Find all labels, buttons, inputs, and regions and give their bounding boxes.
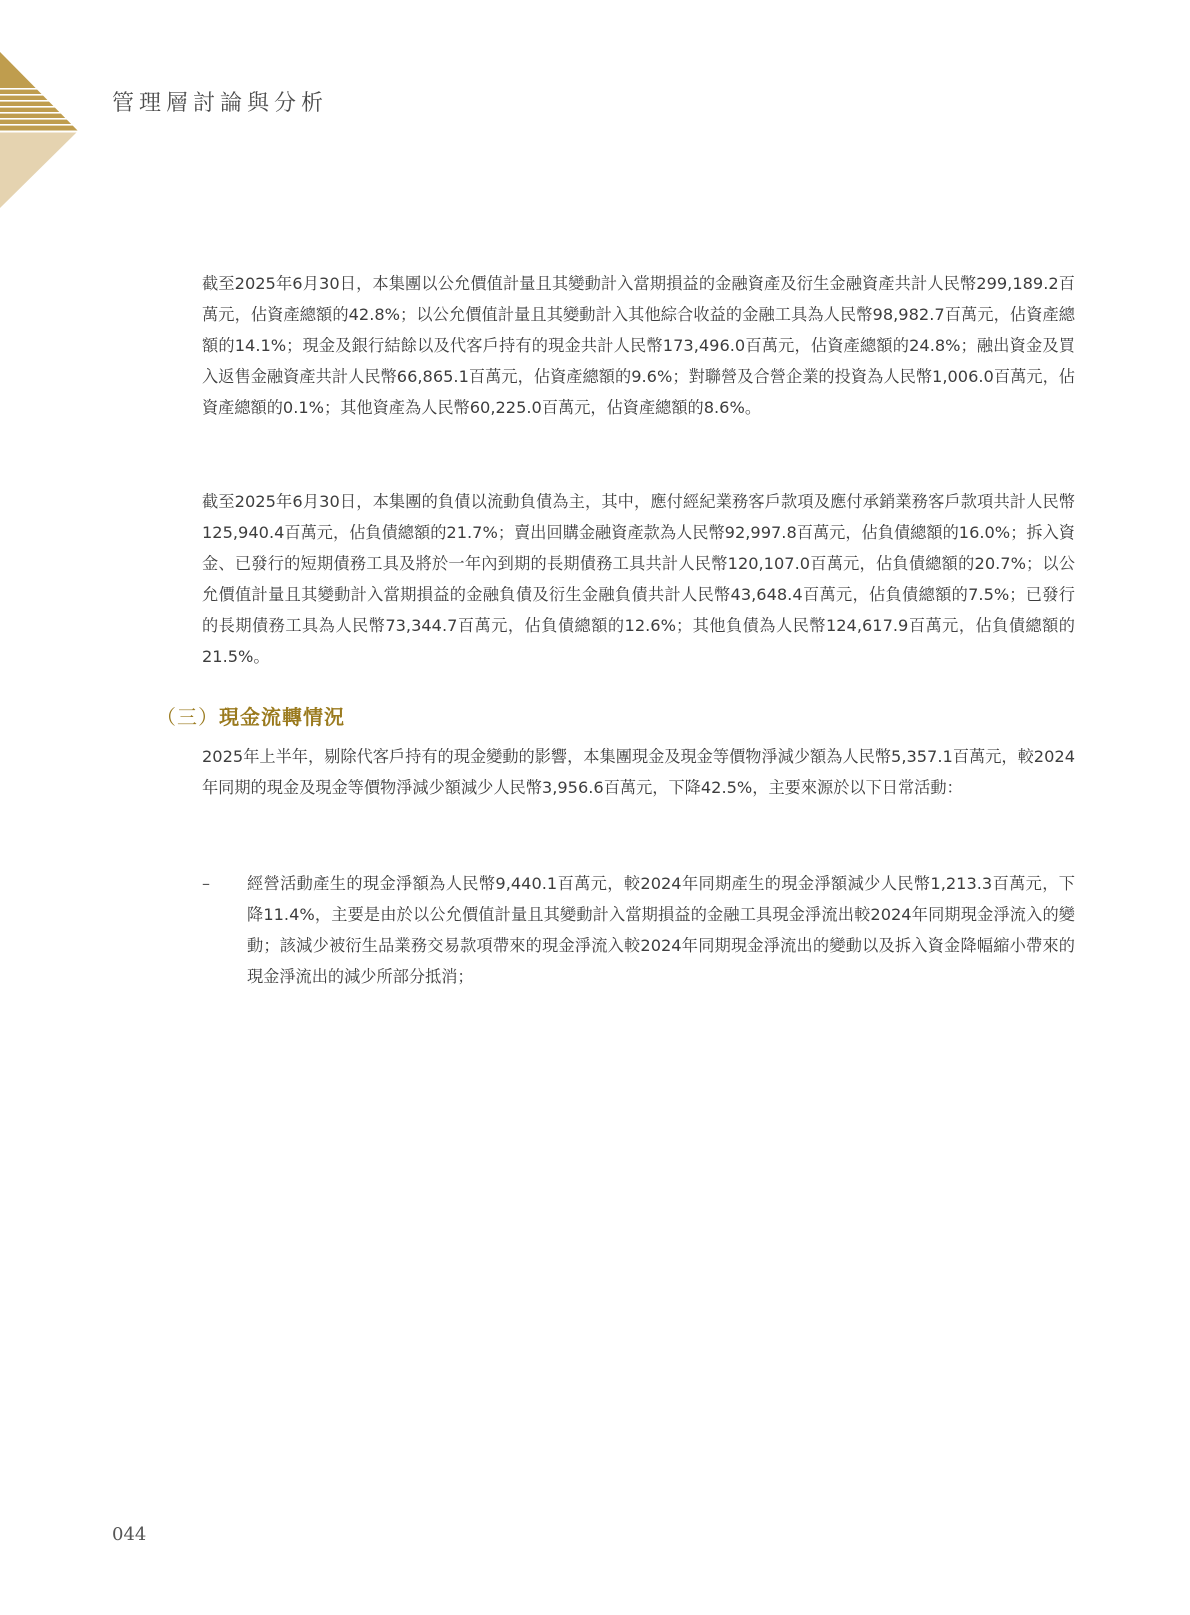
section-title: 現金流轉情況 [219, 705, 345, 729]
page-number: 044 [112, 1524, 146, 1545]
dash-bullet-icon: – [202, 868, 210, 899]
running-title: 管理層討論與分析 [112, 86, 328, 117]
corner-triangle-decoration [0, 52, 80, 208]
paragraph-cashflow-intro: 2025年上半年，剔除代客戶持有的現金變動的影響，本集團現金及現金等價物淨減少額… [202, 741, 1075, 803]
bullet-text-operating-activities: 經營活動產生的現金淨額為人民幣9,440.1百萬元，較2024年同期產生的現金淨… [247, 868, 1075, 992]
paragraph-liabilities: 截至2025年6月30日，本集團的負債以流動負債為主，其中，應付經紀業務客戶款項… [202, 486, 1075, 672]
section-number: （三） [156, 705, 219, 729]
paragraph-assets: 截至2025年6月30日，本集團以公允價值計量且其變動計入當期損益的金融資產及衍… [202, 268, 1075, 423]
section-heading: （三）現金流轉情況 [156, 701, 345, 730]
